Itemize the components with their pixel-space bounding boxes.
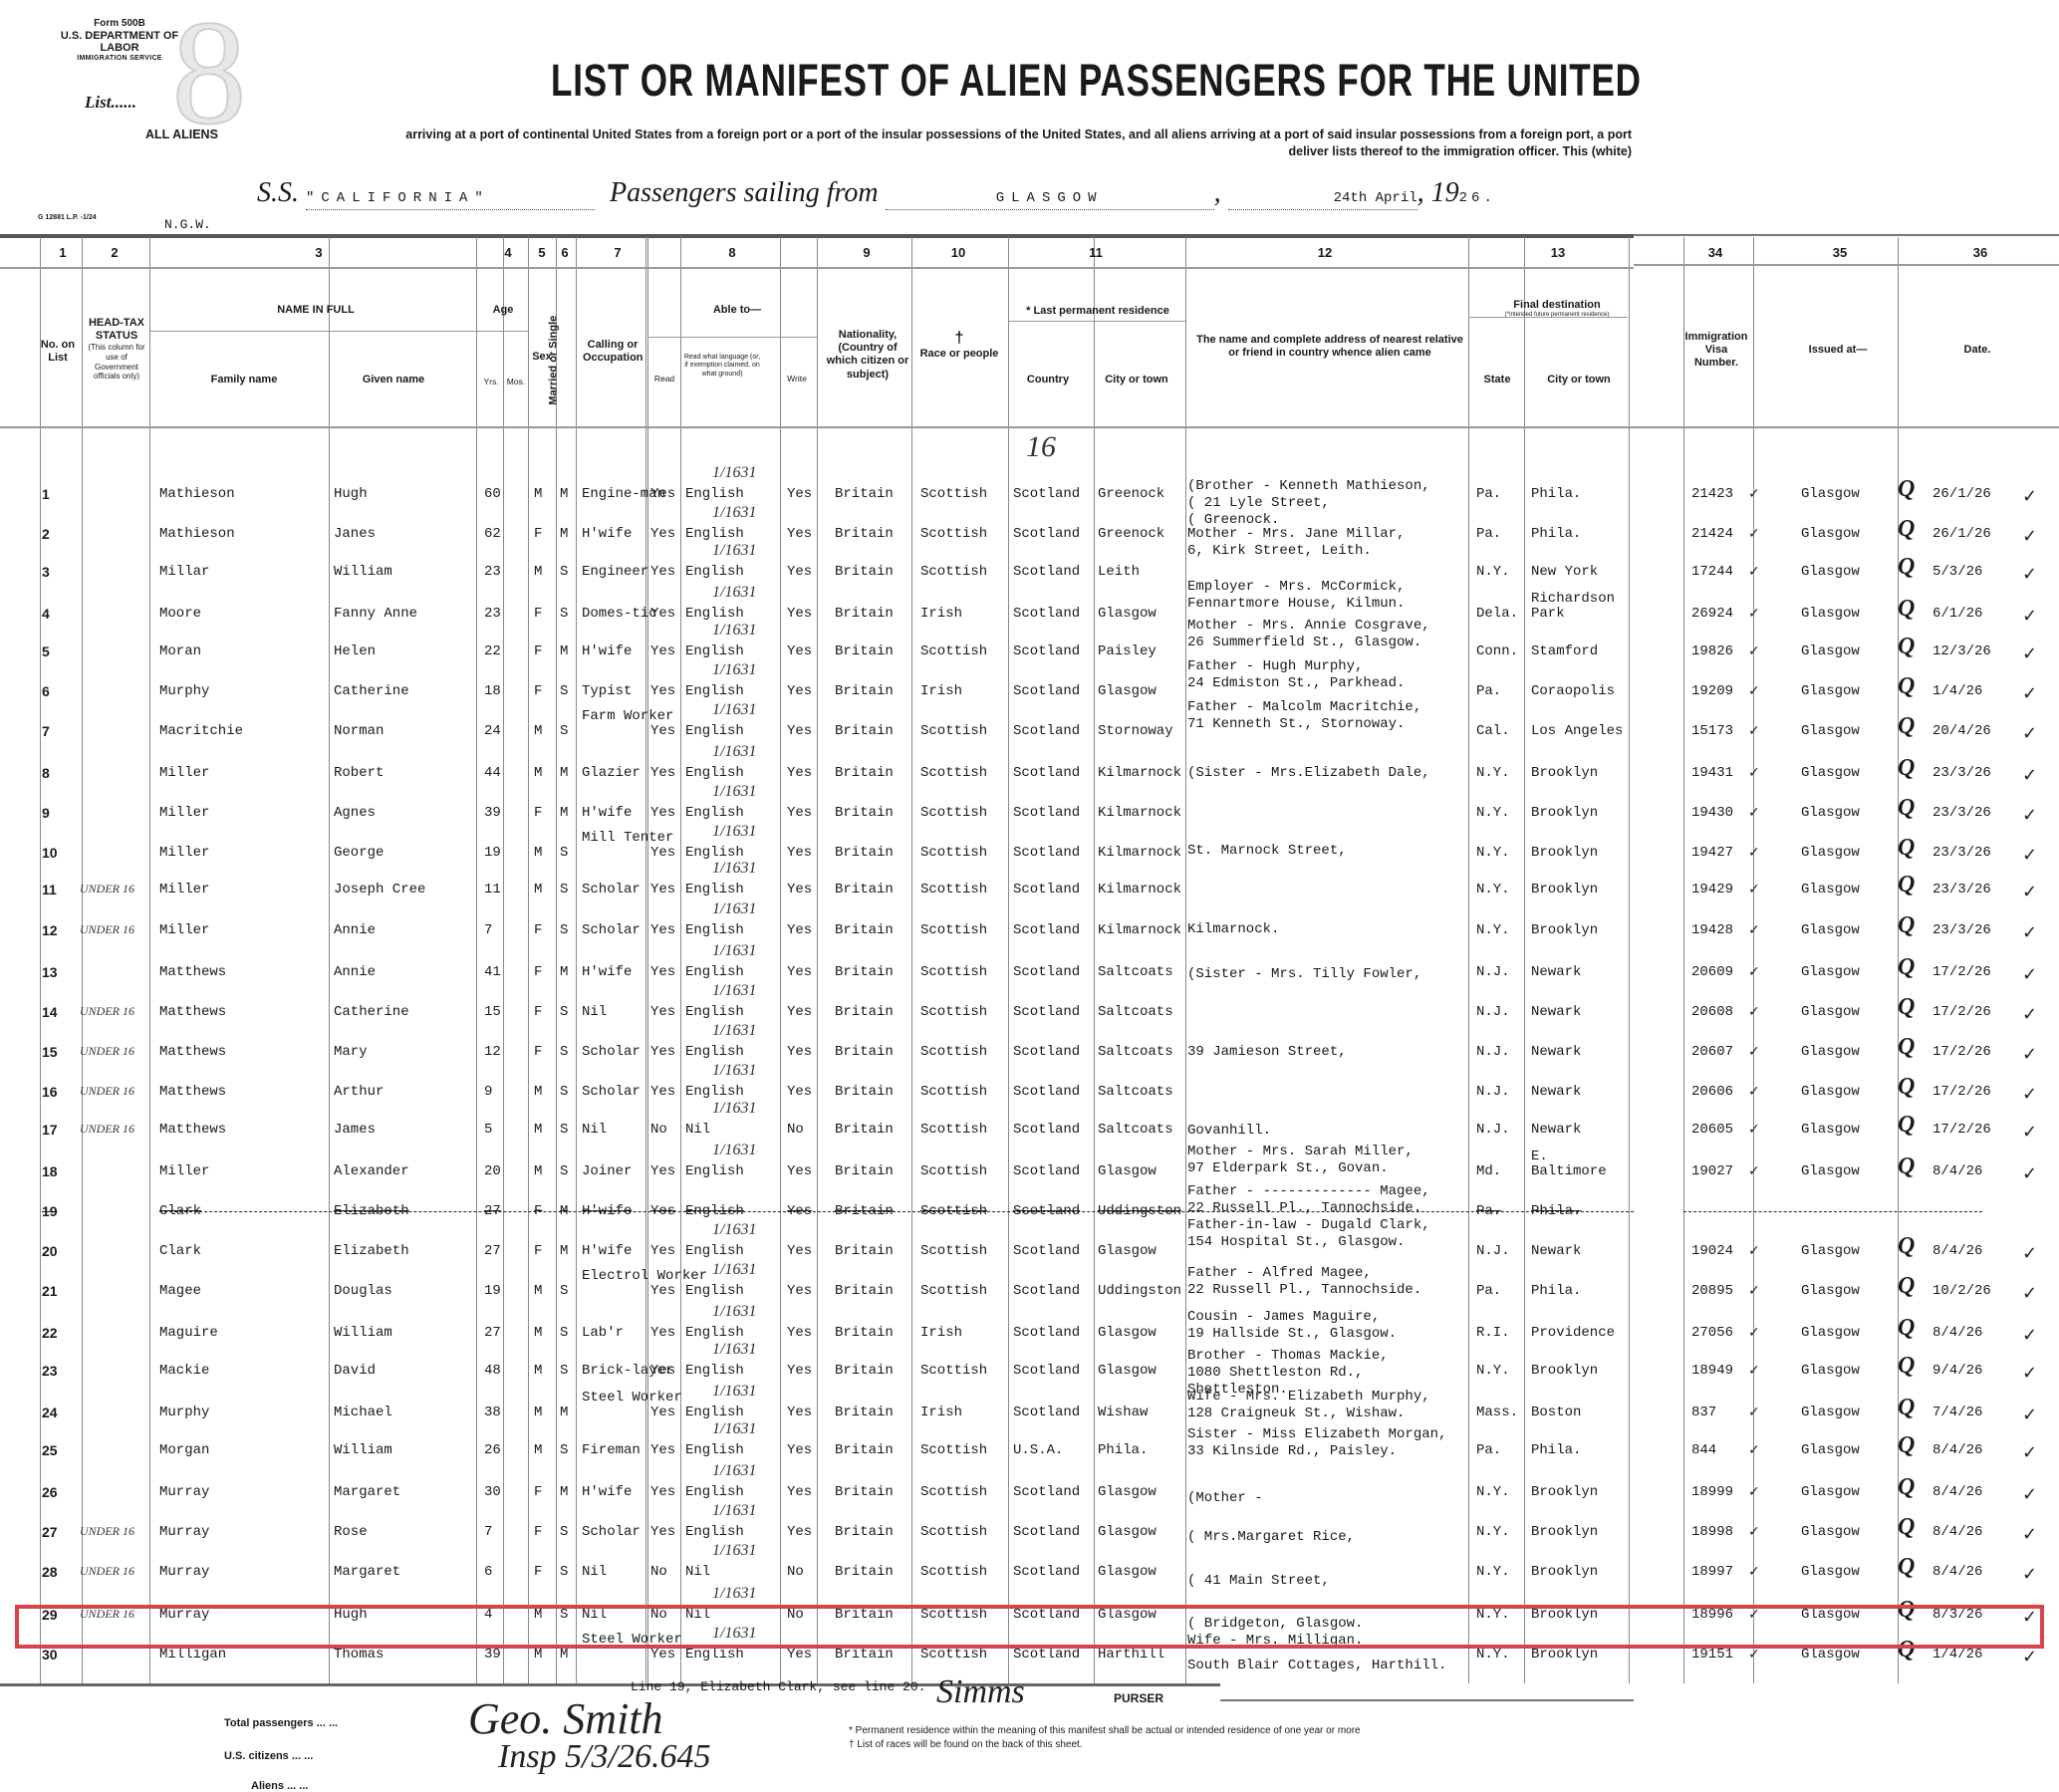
passenger-row: 26MurrayMargaret30FMH'wifeYesEnglish1/16… <box>0 1476 2059 1506</box>
visa-issued-at: Glasgow <box>1801 564 1860 580</box>
visa-number: 20605 <box>1691 1122 1733 1138</box>
check-icon: ✓ <box>2022 765 2037 786</box>
age: 23 <box>484 606 501 622</box>
family-name: Mathieson <box>159 526 235 542</box>
header-divider <box>1634 264 2059 266</box>
marital-status: M <box>560 805 568 821</box>
read-language: English <box>685 1243 744 1259</box>
age: 41 <box>484 964 501 980</box>
read-language: English <box>685 1283 744 1299</box>
read-language: Nil <box>685 1564 710 1580</box>
relative-line: (Sister - Mrs. Tilly Fowler, <box>1187 966 1421 983</box>
given-name: Norman <box>334 723 384 739</box>
relative-line: Mother - Mrs. Sarah Miller, <box>1187 1144 1414 1160</box>
dest-state: Pa. <box>1476 1442 1501 1458</box>
nationality: Britain <box>835 1484 894 1500</box>
check-icon: ✓ <box>2022 606 2037 627</box>
visa-issued-at: Glasgow <box>1801 643 1860 659</box>
can-read: Yes <box>650 564 675 580</box>
visa-number: 19431 <box>1691 765 1733 781</box>
dest-city: Stamford <box>1531 643 1598 659</box>
dest-city: Providence <box>1531 1325 1615 1341</box>
col-num: 7 <box>608 245 628 260</box>
row-number: 22 <box>42 1325 58 1341</box>
family-name: Matthews <box>159 1122 226 1138</box>
check-icon: ✓ <box>1748 1647 1760 1663</box>
residence-city: Saltcoats <box>1098 1044 1173 1060</box>
visa-date: 17/2/26 <box>1932 1004 1991 1020</box>
relative-line: (Sister - Mrs.Elizabeth Dale, <box>1187 765 1430 782</box>
residence-country: Scotland <box>1013 882 1080 897</box>
read-language: English <box>685 723 744 739</box>
marital-status: S <box>560 1163 568 1179</box>
race: Scottish <box>920 1283 987 1299</box>
check-icon: ✓ <box>1748 1163 1760 1179</box>
residence-country: Scotland <box>1013 643 1080 659</box>
row-number: 17 <box>42 1122 58 1138</box>
row-number: 6 <box>42 683 50 699</box>
visa-number: 19209 <box>1691 683 1733 699</box>
residence-country: Scotland <box>1013 1243 1080 1259</box>
row-number: 5 <box>42 643 50 659</box>
dest-state: Conn. <box>1476 643 1518 659</box>
visa-number: 18997 <box>1691 1564 1733 1580</box>
relative-line: 33 Kilnside Rd., Paisley. <box>1187 1443 1446 1460</box>
given-name: George <box>334 845 384 861</box>
dest-city: Phila. <box>1531 486 1581 502</box>
can-write: No <box>787 1122 804 1138</box>
dest-state: N.J. <box>1476 1044 1510 1060</box>
can-read: Yes <box>650 683 675 699</box>
visa-date: 1/4/26 <box>1932 683 1982 699</box>
can-write: Yes <box>787 964 812 980</box>
given-name: Agnes <box>334 805 376 821</box>
residence-country: Scotland <box>1013 922 1080 938</box>
row-number: 24 <box>42 1405 58 1420</box>
can-write: Yes <box>787 1163 812 1179</box>
check-icon: ✓ <box>1748 723 1760 739</box>
can-write: Yes <box>787 765 812 781</box>
residence-country: Scotland <box>1013 964 1080 980</box>
given-name: Catherine <box>334 683 409 699</box>
header-write: Write <box>782 374 812 384</box>
visa-number: 19430 <box>1691 805 1733 821</box>
dest-city: Newark <box>1531 1084 1581 1100</box>
dest-city: Brooklyn <box>1531 1564 1598 1580</box>
can-read: Yes <box>650 1044 675 1060</box>
header-dest-city: City or town <box>1524 374 1634 386</box>
relative-address: ( Mrs.Margaret Rice, <box>1187 1529 1355 1546</box>
dest-state: N.J. <box>1476 1004 1510 1020</box>
sex: M <box>534 765 542 781</box>
q-mark-icon: Q <box>1898 954 1915 981</box>
sex: F <box>534 805 542 821</box>
can-write: Yes <box>787 1325 812 1341</box>
footer-rule <box>0 1683 1220 1686</box>
can-write: Yes <box>787 1004 812 1020</box>
visa-date: 23/3/26 <box>1932 882 1991 897</box>
can-read: Yes <box>650 1442 675 1458</box>
check-icon: ✓ <box>1748 1243 1760 1259</box>
relative-address: Cousin - James Maguire,19 Hallside St., … <box>1187 1309 1397 1343</box>
header-divider <box>1634 426 2059 428</box>
visa-date: 8/4/26 <box>1932 1442 1982 1458</box>
dest-state: N.J. <box>1476 964 1510 980</box>
passenger-row: 5MoranHelen22FMH'wifeYesEnglish1/1631Yes… <box>0 636 2059 665</box>
dest-state: N.Y. <box>1476 765 1510 781</box>
race: Scottish <box>920 805 987 821</box>
visa-number: 20606 <box>1691 1084 1733 1100</box>
occupation: Scholar <box>582 882 641 897</box>
marital-status: M <box>560 486 568 502</box>
nationality: Britain <box>835 1325 894 1341</box>
header-final-destination: Final destination (*Intended future perm… <box>1472 299 1642 319</box>
residence-city: Leith <box>1098 564 1140 580</box>
read-language: English <box>685 805 744 821</box>
dest-state: Pa. <box>1476 526 1501 542</box>
residence-city: Glasgow <box>1098 1484 1157 1500</box>
occupation: Engineer <box>582 564 648 580</box>
relative-line: 19 Hallside St., Glasgow. <box>1187 1326 1397 1343</box>
relative-line: ( Mrs.Margaret Rice, <box>1187 1529 1355 1546</box>
family-name: Matthews <box>159 1084 226 1100</box>
given-name: William <box>334 1442 392 1458</box>
family-name: Matthews <box>159 964 226 980</box>
footer-rule-right <box>1220 1699 1634 1701</box>
handwritten-language-mark: 1/1631 <box>712 622 756 640</box>
sex: M <box>534 1647 542 1663</box>
q-mark-icon: Q <box>1898 516 1915 543</box>
q-mark-icon: Q <box>1898 912 1915 939</box>
page-title: LIST OR MANIFEST OF ALIEN PASSENGERS FOR… <box>551 55 1642 107</box>
nationality: Britain <box>835 882 894 897</box>
residence-city: Glasgow <box>1098 1325 1157 1341</box>
passenger-row: 14UNDER 16MatthewsCatherine15FSNilYesEng… <box>0 996 2059 1026</box>
race: Scottish <box>920 882 987 897</box>
residence-city: Glasgow <box>1098 1564 1157 1580</box>
q-mark-icon: Q <box>1898 713 1915 740</box>
sex: M <box>534 1163 542 1179</box>
relative-address: (Brother - Kenneth Mathieson,( 21 Lyle S… <box>1187 478 1430 529</box>
family-name: Miller <box>159 922 209 938</box>
ngw-mark: N.G.W. <box>164 217 211 232</box>
age: 7 <box>484 922 492 938</box>
can-write: Yes <box>787 1405 812 1420</box>
relative-address: South Blair Cottages, Harthill. <box>1187 1658 1446 1674</box>
age: 39 <box>484 1647 501 1663</box>
read-language: English <box>685 1484 744 1500</box>
visa-number: 19427 <box>1691 845 1733 861</box>
visa-issued-at: Glasgow <box>1801 526 1860 542</box>
given-name: Mary <box>334 1044 368 1060</box>
check-icon: ✓ <box>1748 526 1760 542</box>
can-read: Yes <box>650 1363 675 1379</box>
marital-status: S <box>560 1524 568 1540</box>
occupation: H'wife <box>582 805 632 821</box>
family-name: Murray <box>159 1564 209 1580</box>
relative-address: 39 Jamieson Street, <box>1187 1044 1347 1061</box>
occupation: H'wife <box>582 1484 632 1500</box>
race: Scottish <box>920 765 987 781</box>
dest-city: Newark <box>1531 1004 1581 1020</box>
race: Scottish <box>920 1524 987 1540</box>
subheader-divider <box>476 331 528 332</box>
can-write: Yes <box>787 643 812 659</box>
row-number: 9 <box>42 805 50 821</box>
age: 27 <box>484 1325 501 1341</box>
col-num: 6 <box>558 245 572 260</box>
dest-state: N.Y. <box>1476 1484 1510 1500</box>
nationality: Britain <box>835 1283 894 1299</box>
marital-status: S <box>560 1564 568 1580</box>
handwritten-language-mark: 1/1631 <box>712 823 756 841</box>
dest-state: R.I. <box>1476 1325 1510 1341</box>
residence-country: Scotland <box>1013 1084 1080 1100</box>
header-given-name: Given name <box>334 374 453 386</box>
nationality: Britain <box>835 564 894 580</box>
visa-number: 20895 <box>1691 1283 1733 1299</box>
race: Scottish <box>920 1442 987 1458</box>
dest-state: Md. <box>1476 1163 1501 1179</box>
race: Scottish <box>920 1647 987 1663</box>
occupation: Electrol Worker <box>582 1269 707 1284</box>
check-icon: ✓ <box>1748 683 1760 699</box>
row-number: 1 <box>42 486 50 502</box>
residence-city: Saltcoats <box>1098 1084 1173 1100</box>
visa-issued-at: Glasgow <box>1801 805 1860 821</box>
col-num: 13 <box>1546 245 1570 260</box>
given-name: Elizabeth <box>334 1243 409 1259</box>
given-name: William <box>334 564 392 580</box>
age: 18 <box>484 683 501 699</box>
q-mark-icon: Q <box>1898 1034 1915 1061</box>
inspector-signature: Geo. Smith <box>468 1693 663 1744</box>
can-write: Yes <box>787 606 812 622</box>
visa-issued-at: Glasgow <box>1801 845 1860 861</box>
header-date: Date. <box>1932 344 2022 357</box>
race: Scottish <box>920 1004 987 1020</box>
col-num: 8 <box>722 245 742 260</box>
row-number: 18 <box>42 1163 58 1179</box>
q-mark-icon: Q <box>1898 1153 1915 1180</box>
race: Scottish <box>920 1122 987 1138</box>
dest-state: N.Y. <box>1476 1564 1510 1580</box>
header-divider <box>0 267 1634 269</box>
residence-city: Saltcoats <box>1098 1122 1173 1138</box>
subheader-divider <box>149 331 478 332</box>
q-mark-icon: Q <box>1898 1233 1915 1260</box>
race: Scottish <box>920 1044 987 1060</box>
q-mark-icon: Q <box>1898 1514 1915 1541</box>
visa-issued-at: Glasgow <box>1801 1325 1860 1341</box>
dest-city: E. Baltimore <box>1531 1150 1631 1179</box>
can-write: Yes <box>787 723 812 739</box>
dest-city: Brooklyn <box>1531 845 1598 861</box>
col-num: 4 <box>498 245 518 260</box>
q-mark-icon: Q <box>1898 872 1915 898</box>
nationality: Britain <box>835 964 894 980</box>
dest-city: Newark <box>1531 1122 1581 1138</box>
residence-country: Scotland <box>1013 1163 1080 1179</box>
family-name: Mackie <box>159 1363 209 1379</box>
passenger-row: 28UNDER 16MurrayMargaret6FSNilNoNil1/163… <box>0 1556 2059 1586</box>
check-icon: ✓ <box>2022 1484 2037 1505</box>
relative-address: (Sister - Mrs.Elizabeth Dale, <box>1187 765 1430 782</box>
q-mark-icon: Q <box>1898 1074 1915 1101</box>
given-name: William <box>334 1325 392 1341</box>
sex: F <box>534 526 542 542</box>
q-mark-icon: Q <box>1898 994 1915 1021</box>
sex: F <box>534 643 542 659</box>
age: 39 <box>484 805 501 821</box>
residence-country: Scotland <box>1013 1363 1080 1379</box>
residence-country: Scotland <box>1013 1484 1080 1500</box>
head-tax-status: UNDER 16 <box>80 922 134 937</box>
relative-address: ( 41 Main Street, <box>1187 1573 1330 1590</box>
relative-address: Father - ------------- Magee,22 Russell … <box>1187 1183 1430 1217</box>
nationality: Britain <box>835 1363 894 1379</box>
handwritten-language-mark: 1/1631 <box>712 584 756 602</box>
relative-address: Kilmarnock. <box>1187 921 1279 938</box>
family-name: Miller <box>159 845 209 861</box>
residence-city: Kilmarnock <box>1098 845 1181 861</box>
can-write: Yes <box>787 1084 812 1100</box>
sex: M <box>534 1084 542 1100</box>
can-read: Yes <box>650 845 675 861</box>
can-read: Yes <box>650 526 675 542</box>
residence-city: Glasgow <box>1098 1163 1157 1179</box>
relative-address: Wife - Mrs. Elizabeth Murphy,128 Craigne… <box>1187 1389 1430 1422</box>
can-write: Yes <box>787 845 812 861</box>
occupation: H'wife <box>582 643 632 659</box>
relative-line: Mother - Mrs. Annie Cosgrave, <box>1187 618 1430 635</box>
family-name: Millar <box>159 564 209 580</box>
nationality: Britain <box>835 1524 894 1540</box>
relative-address: (Sister - Mrs. Tilly Fowler, <box>1187 966 1421 983</box>
race: Irish <box>920 1405 962 1420</box>
family-name: Murray <box>159 1484 209 1500</box>
relative-address: Father - Hugh Murphy,24 Edmiston St., Pa… <box>1187 658 1405 692</box>
visa-issued-at: Glasgow <box>1801 486 1860 502</box>
given-name: Catherine <box>334 1004 409 1020</box>
visa-issued-at: Glasgow <box>1801 882 1860 897</box>
col-num: 35 <box>1828 245 1852 260</box>
nationality: Britain <box>835 1564 894 1580</box>
dest-city: Phila. <box>1531 1442 1581 1458</box>
dest-state: Mass. <box>1476 1405 1518 1420</box>
relative-line: 1080 Shettleston Rd., <box>1187 1365 1389 1382</box>
port-of-departure: GLASGOW <box>996 190 1104 206</box>
check-icon: ✓ <box>2022 1122 2037 1143</box>
dest-state: N.J. <box>1476 1243 1510 1259</box>
visa-issued-at: Glasgow <box>1801 606 1860 622</box>
sex: M <box>534 486 542 502</box>
sailing-line: Passengers sailing from GLASGOW, 24th Ap… <box>610 177 1496 210</box>
q-mark-icon: Q <box>1898 634 1915 660</box>
dest-city: Newark <box>1531 964 1581 980</box>
q-mark-icon: Q <box>1898 1432 1915 1459</box>
dest-city: Phila. <box>1531 1283 1581 1299</box>
col-num: 3 <box>299 245 339 260</box>
visa-date: 7/4/26 <box>1932 1405 1982 1420</box>
col-num: 34 <box>1703 245 1727 260</box>
age: 27 <box>484 1243 501 1259</box>
sex: M <box>534 845 542 861</box>
q-mark-icon: Q <box>1898 1315 1915 1342</box>
handwritten-language-mark: 1/1631 <box>712 1100 756 1118</box>
row-number: 27 <box>42 1524 58 1540</box>
handwritten-language-mark: 1/1631 <box>712 504 756 522</box>
residence-city: Stornoway <box>1098 723 1173 739</box>
can-read: Yes <box>650 1325 675 1341</box>
passenger-row: 12UNDER 16MillerAnnie7FSScholarYesEnglis… <box>0 914 2059 944</box>
nationality: Britain <box>835 922 894 938</box>
occupation: Steel Worker <box>582 1391 682 1406</box>
visa-issued-at: Glasgow <box>1801 1405 1860 1420</box>
row-number: 12 <box>42 922 58 938</box>
residence-country: Scotland <box>1013 1325 1080 1341</box>
check-icon: ✓ <box>1748 1442 1760 1458</box>
can-write: Yes <box>787 1363 812 1379</box>
passenger-row: 7MacritchieNorman24MSFarm WorkerYesEngli… <box>0 715 2059 745</box>
can-write: Yes <box>787 1243 812 1259</box>
relative-address: Mother - Mrs. Annie Cosgrave,26 Summerfi… <box>1187 618 1430 651</box>
read-language: English <box>685 1084 744 1100</box>
residence-country: Scotland <box>1013 1405 1080 1420</box>
given-name: Michael <box>334 1405 392 1420</box>
passenger-row: 6MurphyCatherine18FSTypistYesEnglish1/16… <box>0 675 2059 705</box>
row-number: 13 <box>42 964 58 980</box>
inspector-date: Insp 5/3/26.645 <box>498 1738 710 1776</box>
visa-issued-at: Glasgow <box>1801 1647 1860 1663</box>
residence-country: Scotland <box>1013 564 1080 580</box>
occupation: Scholar <box>582 922 641 938</box>
col-num: 2 <box>100 245 129 260</box>
passenger-row: 16UNDER 16MatthewsArthur9MSScholarYesEng… <box>0 1076 2059 1106</box>
sex: M <box>534 1405 542 1420</box>
marital-status: S <box>560 882 568 897</box>
residence-country: Scotland <box>1013 845 1080 861</box>
marital-status: S <box>560 1363 568 1379</box>
head-tax-status: UNDER 16 <box>80 1564 134 1579</box>
check-icon: ✓ <box>1748 1405 1760 1420</box>
header-relative: The name and complete address of nearest… <box>1195 334 1464 360</box>
nationality: Britain <box>835 1004 894 1020</box>
can-write: Yes <box>787 564 812 580</box>
family-name: Milligan <box>159 1647 226 1663</box>
relative-address: Mother - Mrs. Sarah Miller,97 Elderpark … <box>1187 1144 1414 1177</box>
row-number: 8 <box>42 765 50 781</box>
given-name: Annie <box>334 964 376 980</box>
strike-line <box>1683 1211 1982 1212</box>
race: Scottish <box>920 922 987 938</box>
family-name: Mathieson <box>159 486 235 502</box>
passenger-row: 17UNDER 16MatthewsJames5MSNilNoNil1/1631… <box>0 1114 2059 1144</box>
row-number: 15 <box>42 1044 58 1060</box>
nationality: Britain <box>835 606 894 622</box>
race: Scottish <box>920 486 987 502</box>
aliens-label: Aliens ... ... <box>251 1780 308 1792</box>
check-icon: ✓ <box>1748 564 1760 580</box>
race: Scottish <box>920 1363 987 1379</box>
print-code: G 12881 L.P. -1/24 <box>38 214 97 221</box>
race: Irish <box>920 606 962 622</box>
age: 26 <box>484 1442 501 1458</box>
row-number: 19 <box>42 1203 58 1219</box>
sex: F <box>534 1524 542 1540</box>
purser-label: PURSER <box>1114 1691 1163 1705</box>
given-name: Helen <box>334 643 376 659</box>
